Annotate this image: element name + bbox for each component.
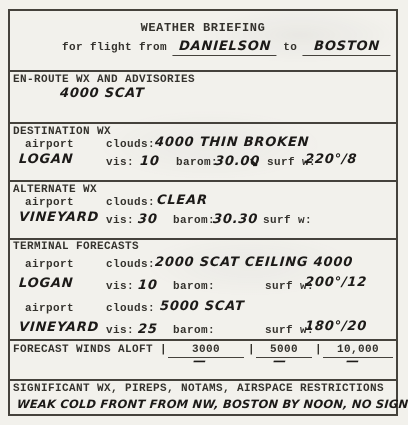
barom-label: barom: <box>173 215 215 227</box>
alternate-heading: ALTERNATE WX <box>13 184 97 196</box>
flight-to-label: to <box>283 42 297 54</box>
form-title: WEATHER BRIEFING <box>10 21 396 35</box>
column-separator: | <box>248 344 255 356</box>
terminal-heading: TERMINAL FORECASTS <box>13 241 139 253</box>
terminal-row1-vis-value: 10 <box>137 278 158 293</box>
terminal-row2-clouds-value: 5000 SCAT <box>159 299 245 314</box>
significant-wx-section: SIGNIFICANT WX, PIREPS, NOTAMS, AIRSPACE… <box>10 379 396 414</box>
enroute-heading: EN-ROUTE WX AND ADVISORIES <box>13 74 195 86</box>
clouds-label: clouds: <box>106 259 155 271</box>
barom-label: barom: <box>176 157 218 169</box>
barom-falling-arrow-icon: ↘ <box>247 156 260 171</box>
significant-wx-entry: WEAK COLD FRONT FROM NW, BOSTON BY NOON,… <box>17 397 408 411</box>
terminal-forecasts-section: TERMINAL FORECASTS airport LOGAN clouds:… <box>10 238 396 339</box>
significant-wx-heading: SIGNIFICANT WX, PIREPS, NOTAMS, AIRSPACE… <box>13 383 384 395</box>
airport-label: airport <box>25 197 74 209</box>
weather-briefing-form: WEATHER BRIEFING for flight from DANIELS… <box>8 9 398 416</box>
winds-aloft-heading: FORECAST WINDS ALOFT <box>13 344 153 356</box>
destination-vis-value: 10 <box>139 154 160 169</box>
terminal-row2-surfw-value: 180°/20 <box>304 319 367 334</box>
form-header-section: WEATHER BRIEFING for flight from DANIELS… <box>10 11 396 70</box>
terminal-row1-clouds-value: 2000 SCAT CEILING 4000 <box>154 255 353 270</box>
alternate-clouds-value: CLEAR <box>156 193 208 208</box>
flight-route-line: for flight from DANIELSON to BOSTON <box>10 39 396 56</box>
destination-section: DESTINATION WX airport LOGAN clouds: 400… <box>10 122 396 180</box>
winds-aloft-section: FORECAST WINDS ALOFT | 3000 | 5000 | 10,… <box>10 339 396 379</box>
alternate-section: ALTERNATE WX airport VINEYARD clouds: CL… <box>10 180 396 238</box>
barom-label: barom: <box>173 281 215 293</box>
winds-entry-5000: — <box>267 354 292 369</box>
destination-clouds-value: 4000 THIN BROKEN <box>154 135 309 150</box>
vis-label: vis: <box>106 325 134 337</box>
clouds-label: clouds: <box>106 197 155 209</box>
vis-label: vis: <box>106 281 134 293</box>
airport-label: airport <box>25 303 74 315</box>
winds-entry-3000: — <box>187 354 212 369</box>
enroute-entry: 4000 SCAT <box>59 86 145 101</box>
flight-prefix-label: for flight from <box>62 42 167 54</box>
terminal-row2-vis-value: 25 <box>137 322 158 337</box>
enroute-section: EN-ROUTE WX AND ADVISORIES 4000 SCAT <box>10 70 396 122</box>
airport-label: airport <box>25 259 74 271</box>
terminal-row2-airport-value: VINEYARD <box>18 320 99 335</box>
column-separator: | <box>160 344 167 356</box>
flight-to-value: BOSTON <box>303 39 392 56</box>
destination-surfw-value: 220°/8 <box>304 152 357 167</box>
destination-airport-value: LOGAN <box>18 152 74 167</box>
destination-heading: DESTINATION WX <box>13 126 111 138</box>
vis-label: vis: <box>106 157 134 169</box>
flight-from-value: DANIELSON <box>172 39 277 56</box>
alternate-airport-value: VINEYARD <box>18 210 99 225</box>
clouds-label: clouds: <box>106 303 155 315</box>
column-separator: | <box>315 344 322 356</box>
vis-label: vis: <box>106 215 134 227</box>
airport-label: airport <box>25 139 74 151</box>
clouds-label: clouds: <box>106 139 155 151</box>
surfw-label: surf w: <box>263 215 312 227</box>
barom-label: barom: <box>173 325 215 337</box>
alternate-vis-value: 30 <box>137 212 158 227</box>
terminal-row1-surfw-value: 200°/12 <box>304 275 367 290</box>
alternate-barom-value: 30.30 <box>212 212 258 227</box>
terminal-row1-airport-value: LOGAN <box>18 276 74 291</box>
winds-entry-10000: — <box>340 354 365 369</box>
